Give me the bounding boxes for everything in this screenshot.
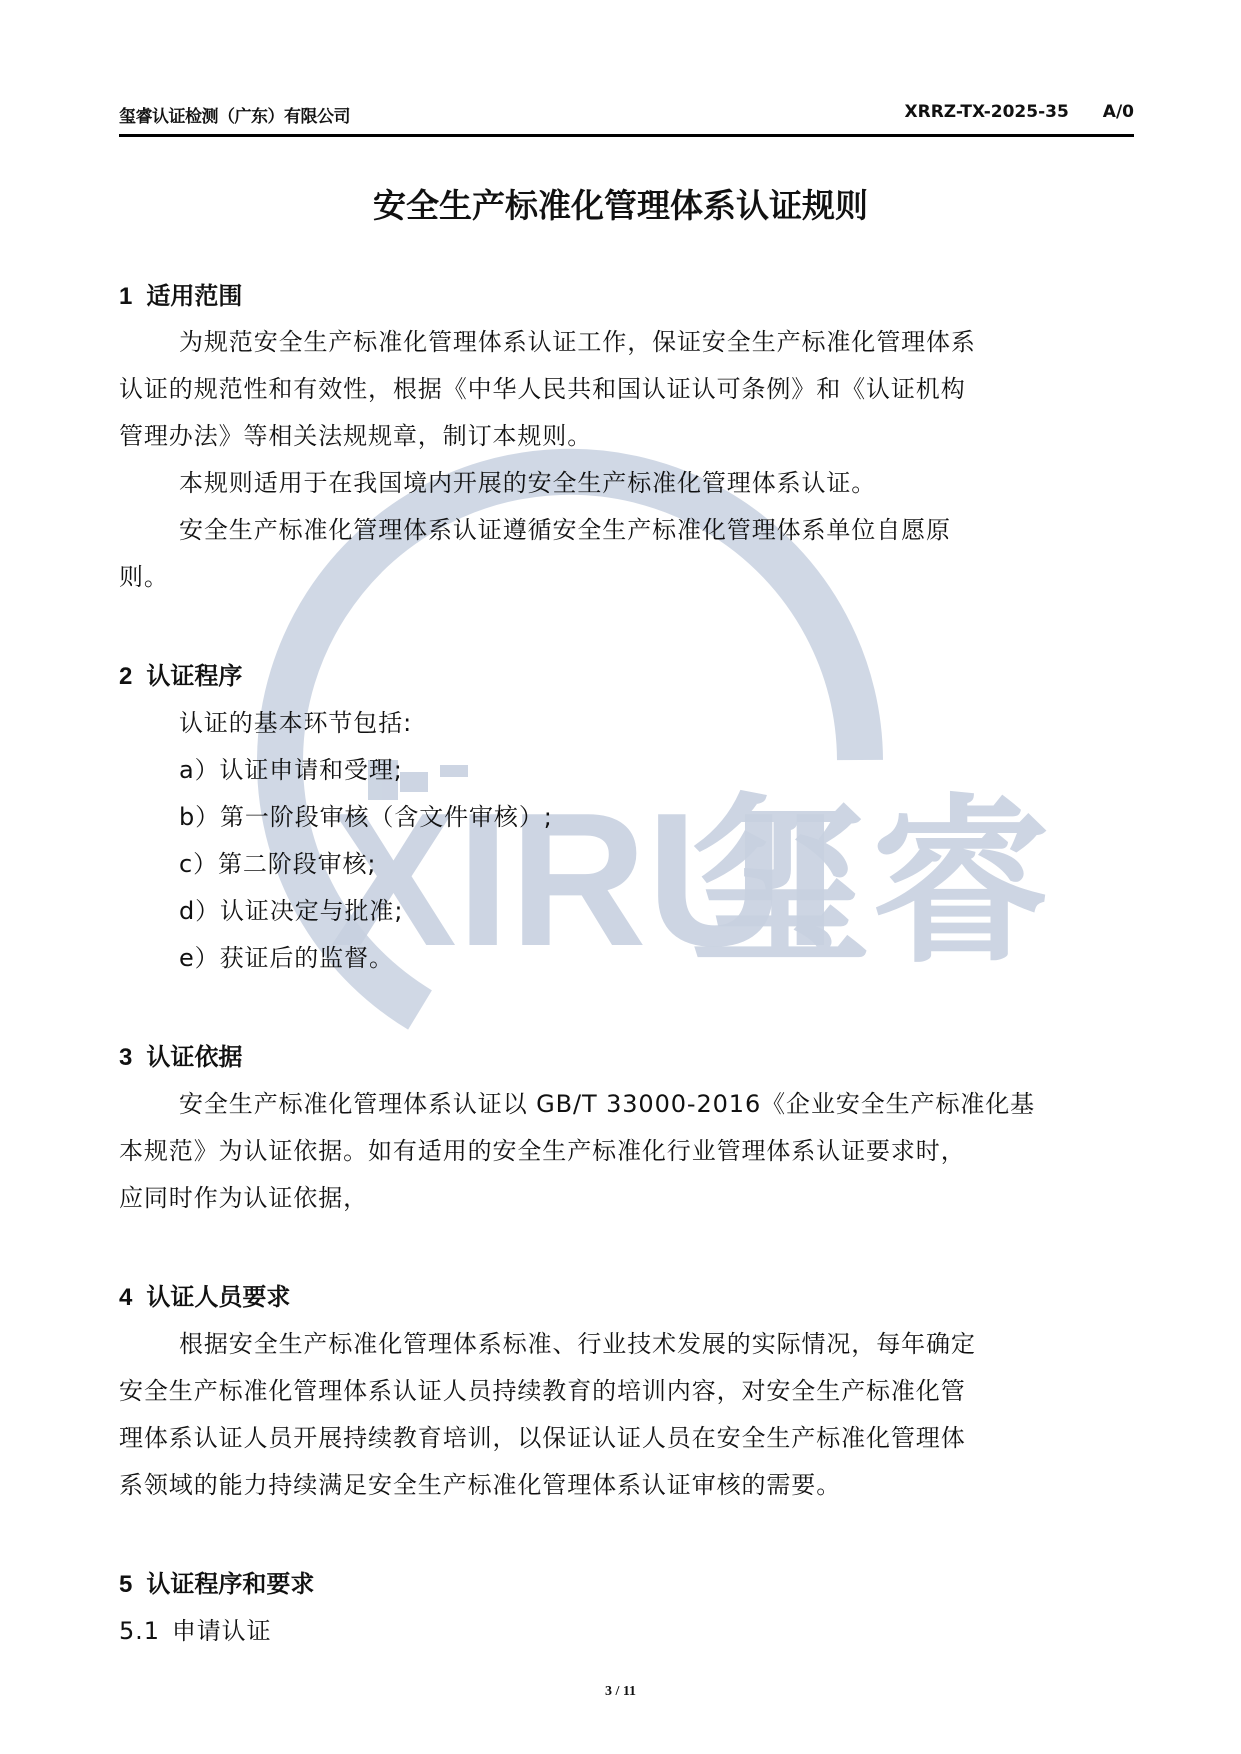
list-item: e）获证后的监督。: [179, 938, 394, 973]
paragraph-line: 管理办法》等相关法规规章，制订本规则。: [119, 416, 592, 451]
section-heading-3: 3认证依据: [119, 1037, 242, 1072]
section-heading-1: 1适用范围: [119, 276, 242, 311]
paragraph-line: 为规范安全生产标准化管理体系认证工作，保证安全生产标准化管理体系: [179, 322, 976, 357]
paragraph-line: 安全生产标准化管理体系认证以 GB/T 33000-2016《企业安全生产标准化…: [179, 1084, 1035, 1119]
document-title: 安全生产标准化管理体系认证规则: [0, 180, 1241, 227]
page-number: 3 / 11: [0, 1684, 1241, 1700]
page-header: 玺睿认证检测（广东）有限公司 XRRZ-TX-2025-35A/0: [119, 100, 1134, 137]
list-item: b）第一阶段审核（含文件审核）;: [179, 797, 553, 832]
section-heading-4: 4认证人员要求: [119, 1277, 290, 1312]
paragraph-line: 则。: [119, 557, 169, 592]
paragraph-line: 安全生产标准化管理体系认证遵循安全生产标准化管理体系单位自愿原: [179, 510, 951, 545]
paragraph-line: 应同时作为认证依据，: [119, 1178, 368, 1213]
paragraph-line: 理体系认证人员开展持续教育培训，以保证认证人员在安全生产标准化管理体: [119, 1418, 966, 1453]
company-name: 玺睿认证检测（广东）有限公司: [119, 102, 350, 127]
section-heading-2: 2认证程序: [119, 656, 242, 691]
svg-text:玺睿: 玺睿: [690, 779, 1050, 988]
paragraph-line: 根据安全生产标准化管理体系标准、行业技术发展的实际情况，每年确定: [179, 1324, 976, 1359]
paragraph-line: 认证的规范性和有效性，根据《中华人民共和国认证认可条例》和《认证机构: [119, 369, 966, 404]
document-version: A/0: [1103, 102, 1134, 122]
list-intro: 认证的基本环节包括:: [179, 703, 412, 738]
document-code: XRRZ-TX-2025-35: [905, 102, 1069, 122]
paragraph-line: 系领域的能力持续满足安全生产标准化管理体系认证审核的需要。: [119, 1465, 841, 1500]
list-item: d）认证决定与批准;: [179, 891, 403, 926]
subsection-heading-5-1: 5.1申请认证: [119, 1611, 271, 1646]
list-item: a）认证申请和受理;: [179, 750, 403, 785]
doc-code-block: XRRZ-TX-2025-35A/0: [905, 102, 1134, 122]
paragraph-line: 安全生产标准化管理体系认证人员持续教育的培训内容，对安全生产标准化管: [119, 1371, 966, 1406]
list-item: c）第二阶段审核;: [179, 844, 376, 879]
paragraph-line: 本规则适用于在我国境内开展的安全生产标准化管理体系认证。: [179, 463, 876, 498]
paragraph-line: 本规范》为认证依据。如有适用的安全生产标准化行业管理体系认证要求时，: [119, 1131, 966, 1166]
section-heading-5: 5认证程序和要求: [119, 1564, 314, 1599]
